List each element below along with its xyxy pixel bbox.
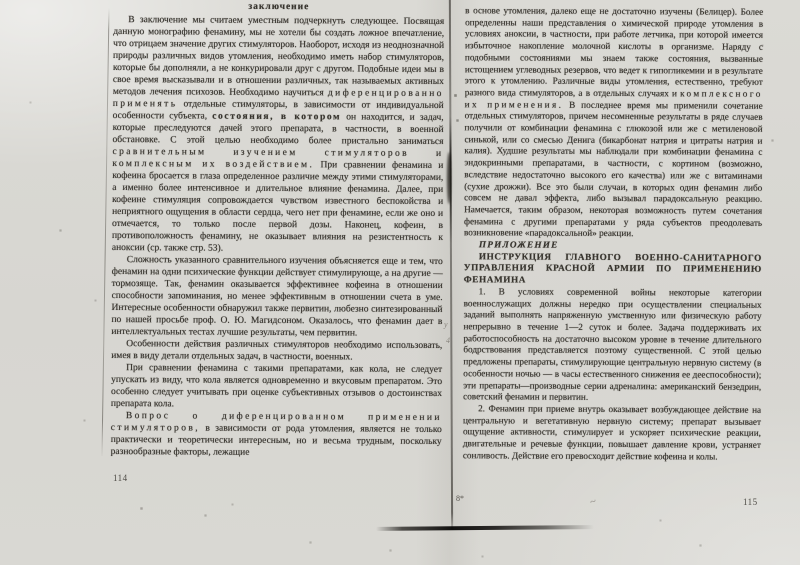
paragraph-text: в основе утомления, далеко еще не достат… <box>465 5 763 98</box>
instruction-item-2: 2. Фенамин при приеме внутрь оказывает в… <box>463 403 761 463</box>
paragraph-text: В последнее время мы применили сочетание… <box>464 99 763 238</box>
left-page: заключение В заключение мы считаем умест… <box>111 1 445 460</box>
pencil-margin-mark: ~ <box>588 495 597 508</box>
page-edge-line-left <box>101 8 109 456</box>
right-page: в основе утомления, далеко еще не достат… <box>463 5 763 463</box>
paragraph-text: При сравнении фенамина и кофеина бросает… <box>112 160 444 253</box>
right-page-number: 115 <box>743 497 758 507</box>
left-paragraph-1: В заключение мы считаем уместным подчерк… <box>112 14 444 256</box>
left-paragraph-3: Особенности действия различных стимулято… <box>111 338 442 364</box>
left-paragraph-5: Вопрос о диференцированном применении ст… <box>111 410 442 460</box>
left-page-running-head: заключение <box>113 1 444 13</box>
emphasized-spaced-text: состояния, в котором <box>212 112 341 123</box>
page-bottom-edge-shadow <box>376 525 594 531</box>
book-gutter-line <box>449 0 453 529</box>
left-paragraph-2: Сложность указанного сравнительного изуч… <box>111 254 443 340</box>
paragraph-text: В заключение мы считаем уместным подчерк… <box>113 15 444 98</box>
dust-specks <box>0 0 1 1</box>
pencil-margin-mark: 4 <box>446 336 450 345</box>
appendix-title: ИНСТРУКЦИЯ ГЛАВНОГО ВОЕННО-САНИТАРНОГО У… <box>464 251 762 288</box>
printer-signature-mark: 8* <box>456 494 464 503</box>
left-page-number: 114 <box>113 473 128 483</box>
right-paragraph-1: в основе утомления, далеко еще не достат… <box>464 5 763 241</box>
pencil-margin-mark: у <box>444 320 448 329</box>
instruction-item-1: 1. В условиях современной войны некоторы… <box>463 286 762 405</box>
left-paragraph-4: При сравнении фенамина с такими препарат… <box>111 362 442 412</box>
book-scan: заключение В заключение мы считаем умест… <box>0 0 800 565</box>
gutter-ink-blob <box>447 152 451 204</box>
